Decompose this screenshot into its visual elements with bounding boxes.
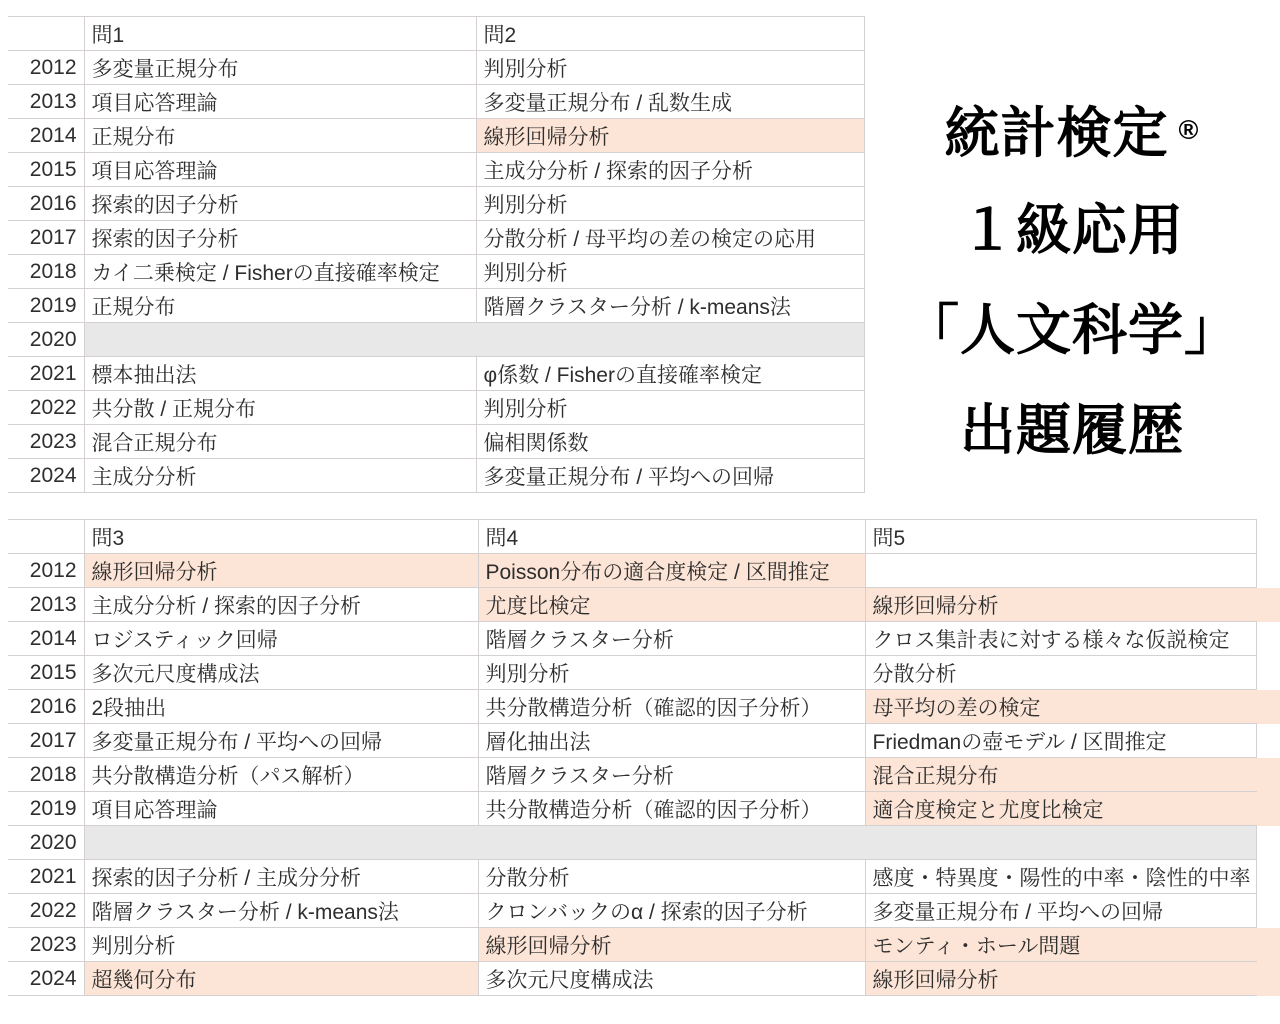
- year-cell: 2021: [8, 357, 84, 391]
- topic-cell: 判別分析: [476, 391, 864, 425]
- topic-cell: 多次元尺度構成法: [478, 962, 865, 996]
- title-brand-text: 統計検定: [945, 102, 1169, 164]
- topic-cell: 項目応答理論: [84, 85, 476, 119]
- table-row: 20162段抽出共分散構造分析（確認的因子分析）母平均の差の検定: [8, 690, 1256, 724]
- year-column-header: [8, 520, 84, 554]
- table-row: 2020: [8, 826, 1256, 860]
- topic-cell: 共分散構造分析（確認的因子分析）: [478, 690, 865, 724]
- year-cell: 2021: [8, 860, 84, 894]
- table-row: 2024超幾何分布多次元尺度構成法線形回帰分析: [8, 962, 1256, 996]
- topic-cell: 線形回帰分析: [865, 588, 1256, 622]
- empty-year-band: [84, 323, 864, 357]
- column-header-q2: 問2: [476, 17, 864, 51]
- table-row: 2024主成分分析多変量正規分布 / 平均への回帰: [8, 459, 864, 493]
- year-cell: 2017: [8, 221, 84, 255]
- topic-cell: Friedmanの壺モデル / 区間推定: [865, 724, 1256, 758]
- topic-cell: Poisson分布の適合度検定 / 区間推定: [478, 554, 865, 588]
- table-row: 2013主成分分析 / 探索的因子分析尤度比検定線形回帰分析: [8, 588, 1256, 622]
- poster-title: 統計検定® １級応用 「人文科学」 出題履歴: [864, 80, 1280, 480]
- topic-cell: 探索的因子分析: [84, 221, 476, 255]
- topic-cell: 判別分析: [478, 656, 865, 690]
- topic-cell: 適合度検定と尤度比検定: [865, 792, 1256, 826]
- table-row: 2021探索的因子分析 / 主成分分析分散分析感度・特異度・陽性的中率・陰性的中…: [8, 860, 1256, 894]
- table-row: 2019項目応答理論共分散構造分析（確認的因子分析）適合度検定と尤度比検定: [8, 792, 1256, 826]
- topic-cell: 多変量正規分布 / 平均への回帰: [865, 894, 1256, 928]
- topic-cell: [865, 554, 1256, 588]
- year-cell: 2012: [8, 554, 84, 588]
- table-row: 2022階層クラスター分析 / k-means法クロンバックのα / 探索的因子…: [8, 894, 1256, 928]
- topic-cell: 線形回帰分析: [476, 119, 864, 153]
- table-row: 2023混合正規分布偏相関係数: [8, 425, 864, 459]
- topic-cell: 探索的因子分析: [84, 187, 476, 221]
- topic-cell: 偏相関係数: [476, 425, 864, 459]
- table-row: 2015多次元尺度構成法判別分析分散分析: [8, 656, 1256, 690]
- year-cell: 2018: [8, 758, 84, 792]
- year-cell: 2020: [8, 323, 84, 357]
- title-line-brand: 統計検定®: [864, 80, 1280, 180]
- title-line-grade: １級応用: [864, 180, 1280, 280]
- topic-cell: 分散分析 / 母平均の差の検定の応用: [476, 221, 864, 255]
- year-column-header: [8, 17, 84, 51]
- topic-cell: 階層クラスター分析: [478, 758, 865, 792]
- table-row: 2014正規分布線形回帰分析: [8, 119, 864, 153]
- topic-cell: 正規分布: [84, 119, 476, 153]
- topic-cell: 共分散 / 正規分布: [84, 391, 476, 425]
- topic-cell: 主成分分析: [84, 459, 476, 493]
- topic-cell: 感度・特異度・陽性的中率・陰性的中率: [865, 860, 1256, 894]
- title-line-history: 出題履歴: [864, 380, 1280, 480]
- table-row: 2016探索的因子分析判別分析: [8, 187, 864, 221]
- year-cell: 2016: [8, 690, 84, 724]
- topic-cell: 正規分布: [84, 289, 476, 323]
- year-cell: 2013: [8, 85, 84, 119]
- topic-cell: 主成分分析 / 探索的因子分析: [84, 588, 478, 622]
- year-cell: 2014: [8, 622, 84, 656]
- column-header-q3: 問3: [84, 520, 478, 554]
- topic-cell: 主成分分析 / 探索的因子分析: [476, 153, 864, 187]
- year-cell: 2024: [8, 459, 84, 493]
- table-row: 2017探索的因子分析分散分析 / 母平均の差の検定の応用: [8, 221, 864, 255]
- table-row: 2020: [8, 323, 864, 357]
- topic-cell: 線形回帰分析: [84, 554, 478, 588]
- topic-cell: クロス集計表に対する様々な仮説検定: [865, 622, 1256, 656]
- table-row: 2015項目応答理論主成分分析 / 探索的因子分析: [8, 153, 864, 187]
- empty-year-band: [84, 826, 1256, 860]
- topic-cell: クロンバックのα / 探索的因子分析: [478, 894, 865, 928]
- topic-cell: ロジスティック回帰: [84, 622, 478, 656]
- year-cell: 2023: [8, 928, 84, 962]
- topic-cell: 共分散構造分析（確認的因子分析）: [478, 792, 865, 826]
- topic-cell: φ係数 / Fisherの直接確率検定: [476, 357, 864, 391]
- topic-cell: 探索的因子分析 / 主成分分析: [84, 860, 478, 894]
- year-cell: 2023: [8, 425, 84, 459]
- topic-cell: 判別分析: [476, 187, 864, 221]
- exam-history-infographic: 問1 問2 2012多変量正規分布判別分析2013項目応答理論多変量正規分布 /…: [0, 0, 1280, 1024]
- column-header-q4: 問4: [478, 520, 865, 554]
- topic-cell: 多変量正規分布: [84, 51, 476, 85]
- topic-cell: 項目応答理論: [84, 153, 476, 187]
- topic-cell: モンティ・ホール問題: [865, 928, 1256, 962]
- year-cell: 2012: [8, 51, 84, 85]
- topic-cell: 2段抽出: [84, 690, 478, 724]
- topic-cell: 分散分析: [865, 656, 1256, 690]
- topic-cell: 階層クラスター分析 / k-means法: [476, 289, 864, 323]
- table-row: 2014ロジスティック回帰階層クラスター分析クロス集計表に対する様々な仮説検定: [8, 622, 1256, 656]
- table-row: 2021標本抽出法φ係数 / Fisherの直接確率検定: [8, 357, 864, 391]
- year-cell: 2013: [8, 588, 84, 622]
- table-row: 2017多変量正規分布 / 平均への回帰層化抽出法Friedmanの壺モデル /…: [8, 724, 1256, 758]
- topic-cell: 多変量正規分布 / 乱数生成: [476, 85, 864, 119]
- topic-cell: 多変量正規分布 / 平均への回帰: [84, 724, 478, 758]
- year-cell: 2017: [8, 724, 84, 758]
- topic-cell: 混合正規分布: [865, 758, 1256, 792]
- table-row: 2018共分散構造分析（パス解析）階層クラスター分析混合正規分布: [8, 758, 1256, 792]
- year-cell: 2020: [8, 826, 84, 860]
- topic-cell: 項目応答理論: [84, 792, 478, 826]
- header-row: 問3 問4 問5: [8, 520, 1256, 554]
- table-row: 2012多変量正規分布判別分析: [8, 51, 864, 85]
- topic-cell: 共分散構造分析（パス解析）: [84, 758, 478, 792]
- topic-cell: 分散分析: [478, 860, 865, 894]
- year-cell: 2015: [8, 656, 84, 690]
- topic-cell: 母平均の差の検定: [865, 690, 1256, 724]
- table-row: 2019正規分布階層クラスター分析 / k-means法: [8, 289, 864, 323]
- year-cell: 2024: [8, 962, 84, 996]
- topic-cell: 混合正規分布: [84, 425, 476, 459]
- table-row: 2023判別分析線形回帰分析モンティ・ホール問題: [8, 928, 1256, 962]
- year-cell: 2022: [8, 391, 84, 425]
- title-line-subject: 「人文科学」: [864, 280, 1280, 380]
- topic-cell: 層化抽出法: [478, 724, 865, 758]
- year-cell: 2022: [8, 894, 84, 928]
- year-cell: 2018: [8, 255, 84, 289]
- header-row: 問1 問2: [8, 17, 864, 51]
- table-row: 2018カイ二乗検定 / Fisherの直接確率検定判別分析: [8, 255, 864, 289]
- topic-cell: 線形回帰分析: [865, 962, 1256, 996]
- topic-cell: 多変量正規分布 / 平均への回帰: [476, 459, 864, 493]
- topic-cell: 階層クラスター分析: [478, 622, 865, 656]
- year-cell: 2019: [8, 792, 84, 826]
- topic-cell: 多次元尺度構成法: [84, 656, 478, 690]
- exam-table-questions-3-4-5: 問3 問4 問5 2012線形回帰分析Poisson分布の適合度検定 / 区間推…: [8, 519, 1257, 996]
- topic-cell: カイ二乗検定 / Fisherの直接確率検定: [84, 255, 476, 289]
- year-cell: 2016: [8, 187, 84, 221]
- topic-cell: 標本抽出法: [84, 357, 476, 391]
- column-header-q5: 問5: [865, 520, 1256, 554]
- topic-cell: 判別分析: [476, 255, 864, 289]
- topic-cell: 尤度比検定: [478, 588, 865, 622]
- table-row: 2022共分散 / 正規分布判別分析: [8, 391, 864, 425]
- topic-cell: 階層クラスター分析 / k-means法: [84, 894, 478, 928]
- year-cell: 2019: [8, 289, 84, 323]
- table-row: 2012線形回帰分析Poisson分布の適合度検定 / 区間推定: [8, 554, 1256, 588]
- table-row: 2013項目応答理論多変量正規分布 / 乱数生成: [8, 85, 864, 119]
- topic-cell: 判別分析: [476, 51, 864, 85]
- topic-cell: 超幾何分布: [84, 962, 478, 996]
- year-cell: 2014: [8, 119, 84, 153]
- year-cell: 2015: [8, 153, 84, 187]
- topic-cell: 線形回帰分析: [478, 928, 865, 962]
- registered-trademark-symbol: ®: [1179, 115, 1200, 145]
- column-header-q1: 問1: [84, 17, 476, 51]
- exam-table-questions-1-2: 問1 問2 2012多変量正規分布判別分析2013項目応答理論多変量正規分布 /…: [8, 16, 865, 493]
- topic-cell: 判別分析: [84, 928, 478, 962]
